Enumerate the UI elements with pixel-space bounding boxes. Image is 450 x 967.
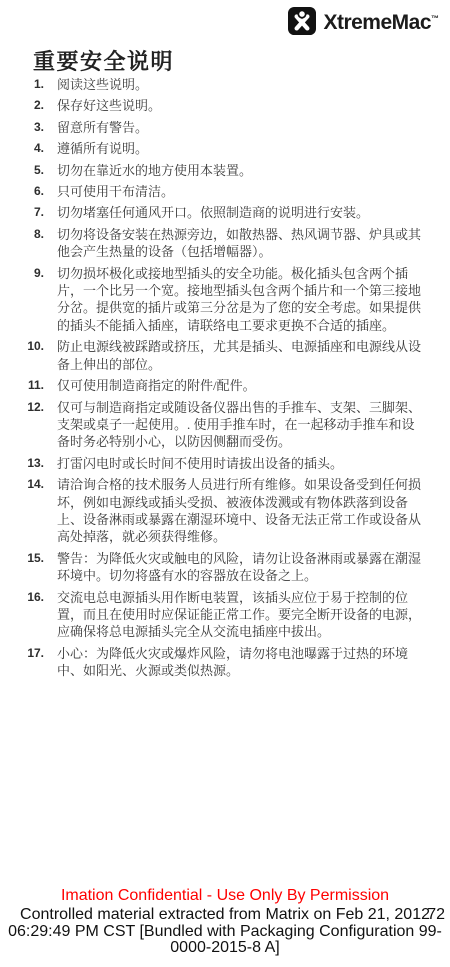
instruction-text: 只可使用干布清洁。 <box>57 183 425 200</box>
instruction-number: 13. <box>17 455 44 472</box>
instruction-item: 6. 只可使用干布清洁。 <box>0 183 450 200</box>
instruction-item: 10. 防止电源线被踩踏或挤压，尤其是插头、电源插座和电源线从设备上伸出的部位。 <box>0 338 450 373</box>
instruction-number: 12. <box>17 399 44 451</box>
instruction-text: 警告：为降低火灾或触电的风险，请勿让设备淋雨或暴露在潮湿环境中。切勿将盛有水的容… <box>57 550 425 585</box>
instruction-text: 交流电总电源插头用作断电装置，该插头应位于易于控制的位置，而且在使用时应保证能正… <box>57 589 425 641</box>
instruction-item: 8. 切勿将设备安装在热源旁边，如散热器、热风调节器、炉具或其他会产生热量的设备… <box>0 226 450 261</box>
instructions-list: 1. 阅读这些说明。 2. 保存好这些说明。 3. 留意所有警告。 4. 遵循所… <box>0 76 450 684</box>
instruction-text: 仅可与制造商指定或随设备仪器出售的手推车、支架、三脚架、支架或桌子一起使用。. … <box>57 399 425 451</box>
instruction-text: 切勿在靠近水的地方使用本装置。 <box>57 162 425 179</box>
instruction-item: 11. 仅可使用制造商指定的附件/配件。 <box>0 377 450 394</box>
page-title: 重要安全说明 <box>33 45 174 76</box>
brand-name: XtremeMac™ <box>323 5 439 37</box>
instruction-text: 留意所有警告。 <box>57 119 425 136</box>
page-number: 72 <box>427 906 445 924</box>
instruction-number: 3. <box>17 119 44 136</box>
instruction-text: 切勿损坏极化或接地型插头的安全功能。极化插头包含两个插片，一个比另一个宽。接地型… <box>57 265 425 335</box>
instruction-number: 7. <box>17 204 44 221</box>
instruction-number: 11. <box>17 377 44 394</box>
instruction-number: 1. <box>17 76 44 93</box>
instruction-text: 防止电源线被踩踏或挤压，尤其是插头、电源插座和电源线从设备上伸出的部位。 <box>57 338 425 373</box>
instruction-number: 9. <box>17 265 44 335</box>
instruction-text: 遵循所有说明。 <box>57 140 425 157</box>
instruction-item: 3. 留意所有警告。 <box>0 119 450 136</box>
xtrememac-x-figure-icon <box>288 7 316 35</box>
instruction-text: 切勿堵塞任何通风开口。依照制造商的说明进行安装。 <box>57 204 425 221</box>
controlled-material-note: Controlled material extracted from Matri… <box>0 907 450 957</box>
instruction-item: 15. 警告：为降低火灾或触电的风险，请勿让设备淋雨或暴露在潮湿环境中。切勿将盛… <box>0 550 450 585</box>
instruction-item: 13. 打雷闪电时或长时间不使用时请拔出设备的插头。 <box>0 455 450 472</box>
instruction-number: 14. <box>17 476 44 546</box>
instruction-number: 6. <box>17 183 44 200</box>
instruction-item: 4. 遵循所有说明。 <box>0 140 450 157</box>
instruction-text: 请洽询合格的技术服务人员进行所有维修。如果设备受到任何损坏，例如电源线或插头受损… <box>57 476 425 546</box>
instruction-number: 15. <box>17 550 44 585</box>
instruction-item: 2. 保存好这些说明。 <box>0 97 450 114</box>
instruction-number: 2. <box>17 97 44 114</box>
instruction-text: 打雷闪电时或长时间不使用时请拔出设备的插头。 <box>57 455 425 472</box>
instruction-text: 阅读这些说明。 <box>57 76 425 93</box>
instruction-number: 10. <box>17 338 44 373</box>
page-footer: Imation Confidential - Use Only By Permi… <box>0 886 450 957</box>
confidential-notice: Imation Confidential - Use Only By Permi… <box>0 886 450 905</box>
instruction-item: 12. 仅可与制造商指定或随设备仪器出售的手推车、支架、三脚架、支架或桌子一起使… <box>0 399 450 451</box>
instruction-number: 8. <box>17 226 44 261</box>
instruction-item: 14. 请洽询合格的技术服务人员进行所有维修。如果设备受到任何损坏，例如电源线或… <box>0 476 450 546</box>
instruction-item: 5. 切勿在靠近水的地方使用本装置。 <box>0 162 450 179</box>
instruction-item: 9. 切勿损坏极化或接地型插头的安全功能。极化插头包含两个插片，一个比另一个宽。… <box>0 265 450 335</box>
instruction-number: 16. <box>17 589 44 641</box>
instruction-text: 仅可使用制造商指定的附件/配件。 <box>57 377 425 394</box>
trademark-symbol: ™ <box>431 14 439 23</box>
brand-name-text: XtremeMac <box>323 11 431 34</box>
instruction-item: 16. 交流电总电源插头用作断电装置，该插头应位于易于控制的位置，而且在使用时应… <box>0 589 450 641</box>
instruction-text: 小心：为降低火灾或爆炸风险，请勿将电池曝露于过热的环境中、如阳光、火源或类似热源… <box>57 645 425 680</box>
instruction-item: 1. 阅读这些说明。 <box>0 76 450 93</box>
brand-logo: XtremeMac™ <box>288 5 439 37</box>
instruction-text: 切勿将设备安装在热源旁边，如散热器、热风调节器、炉具或其他会产生热量的设备（包括… <box>57 226 425 261</box>
instruction-number: 17. <box>17 645 44 680</box>
instruction-item: 7. 切勿堵塞任何通风开口。依照制造商的说明进行安装。 <box>0 204 450 221</box>
instruction-text: 保存好这些说明。 <box>57 97 425 114</box>
instruction-item: 17. 小心：为降低火灾或爆炸风险，请勿将电池曝露于过热的环境中、如阳光、火源或… <box>0 645 450 680</box>
instruction-number: 4. <box>17 140 44 157</box>
instruction-number: 5. <box>17 162 44 179</box>
